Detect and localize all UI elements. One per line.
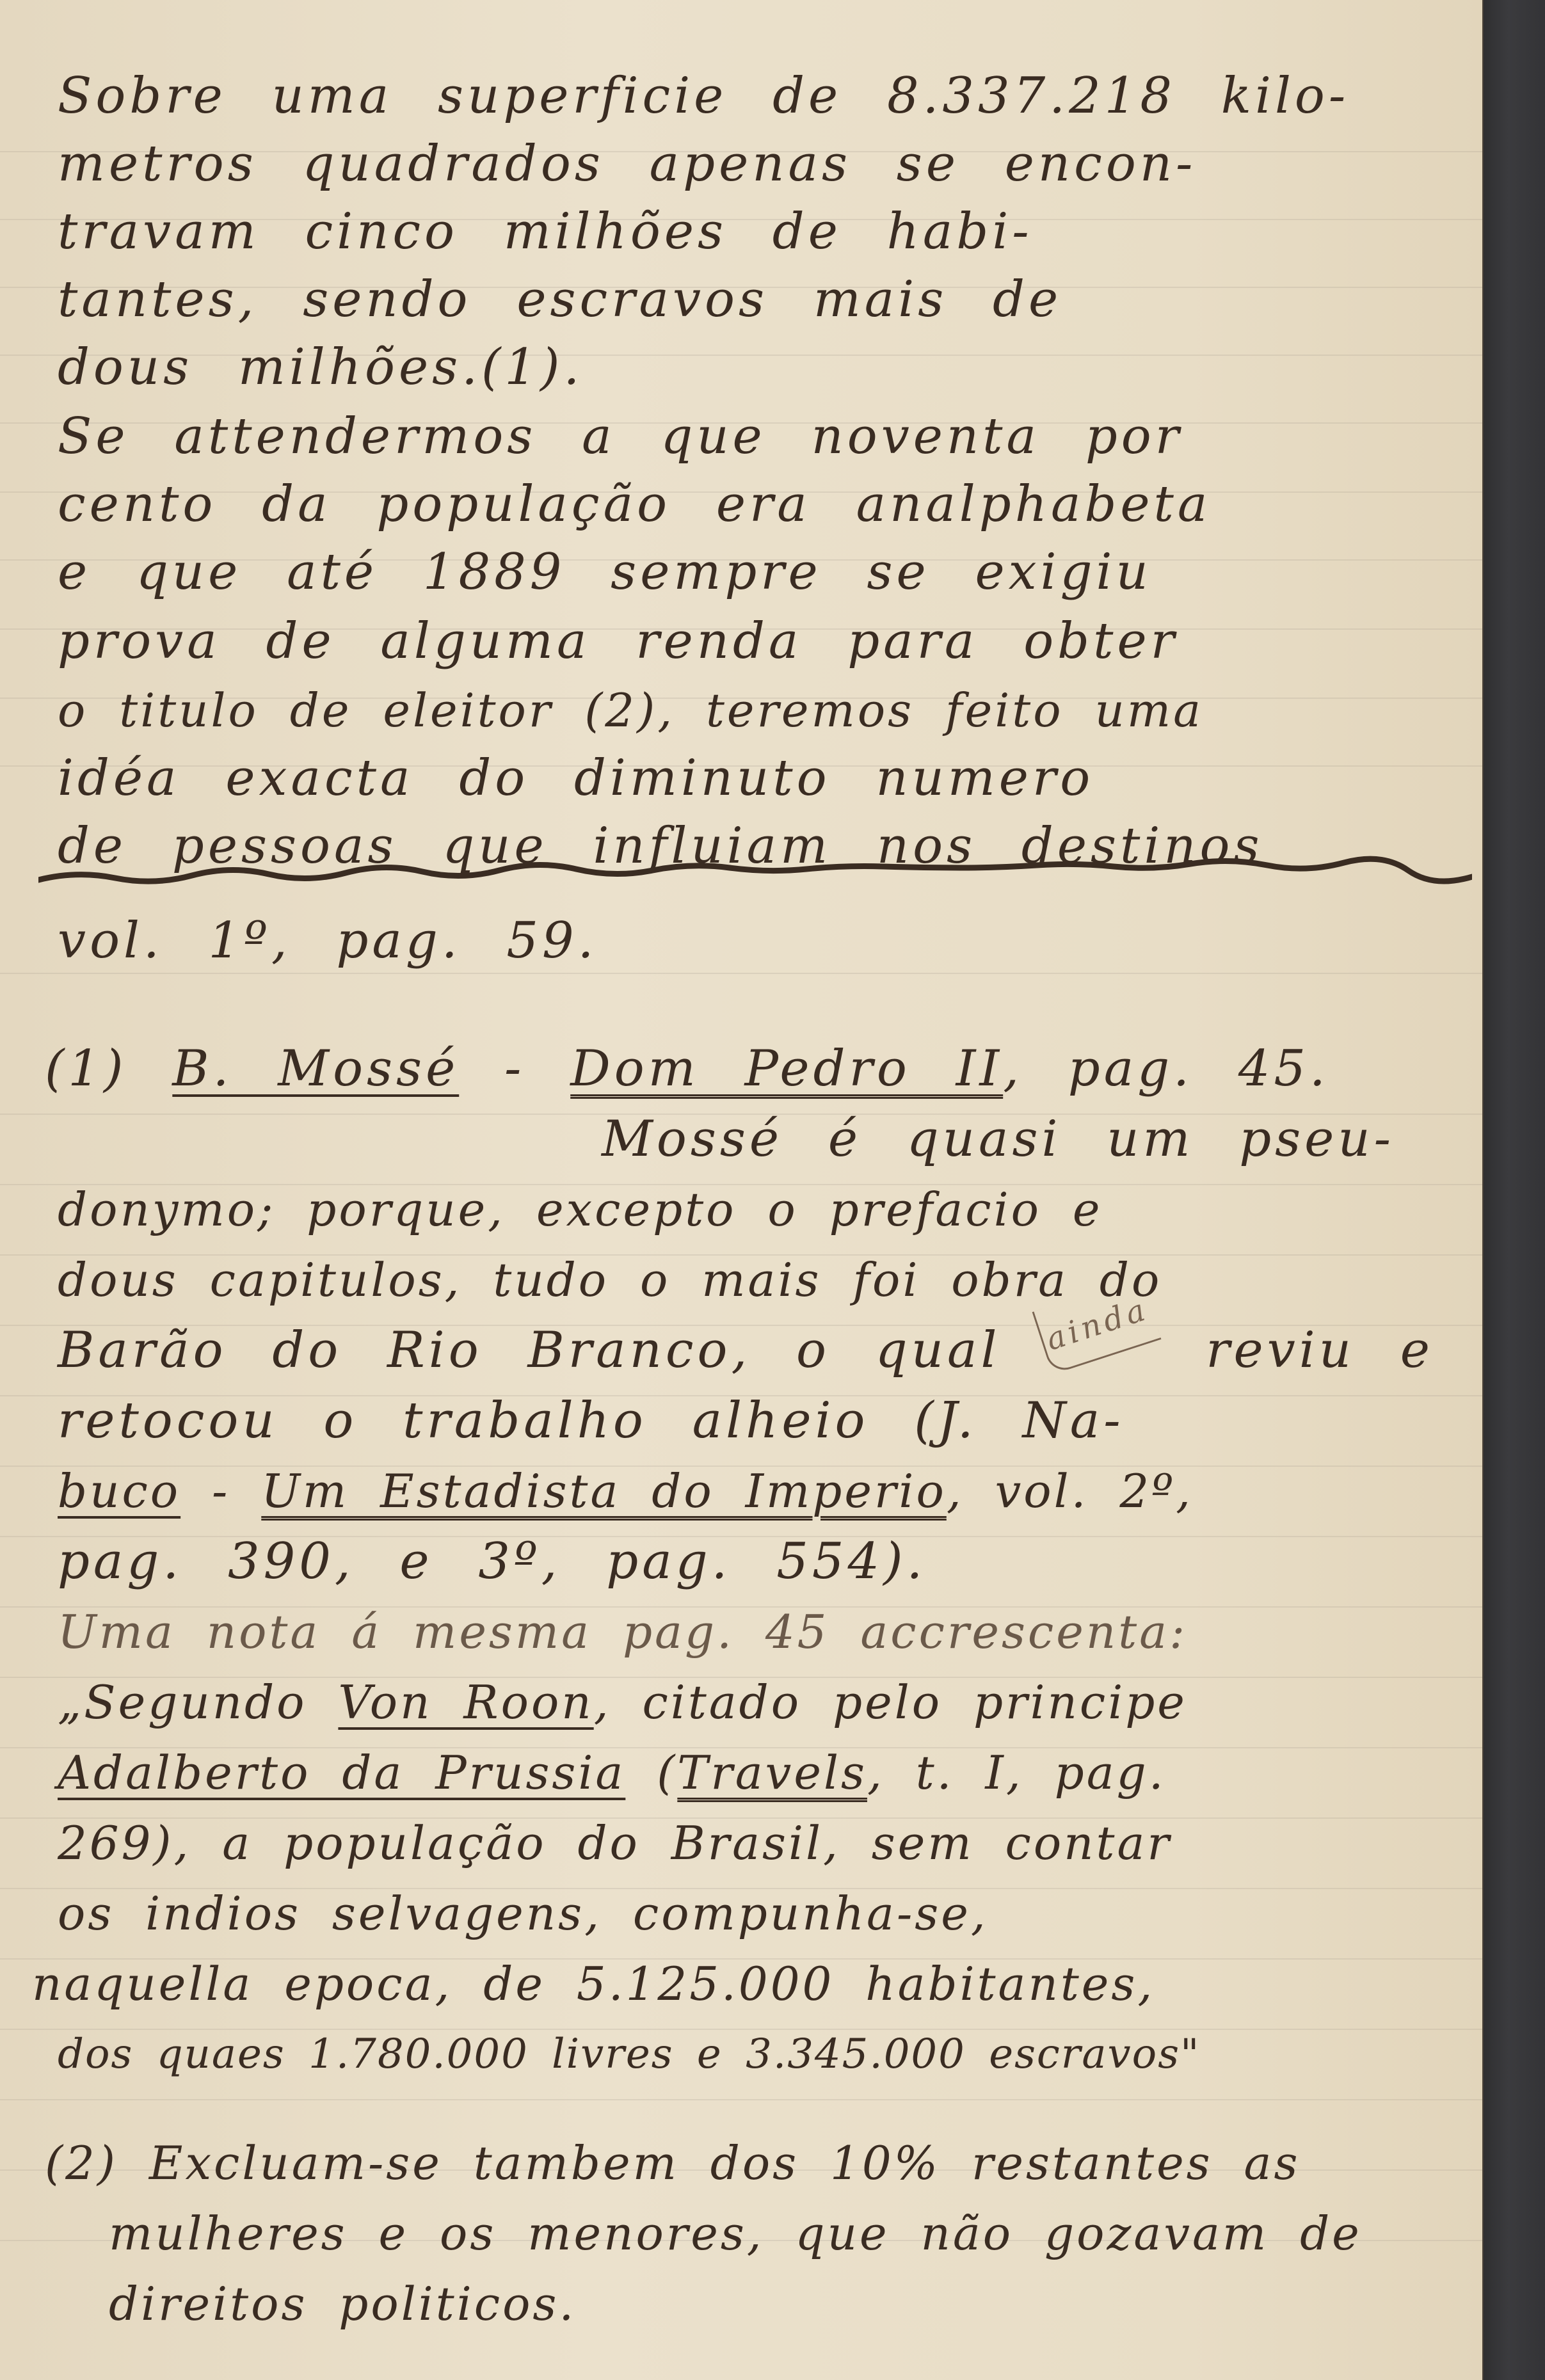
text-line: donymo; porque, excepto o prefacio e bbox=[58, 1178, 1466, 1242]
text-line: travam cinco milhões de habi- bbox=[58, 200, 1466, 264]
text-line: dous capitulos, tudo o mais foi obra do bbox=[58, 1248, 1466, 1312]
text-line: naquella epoca, de 5.125.000 habitantes, bbox=[32, 1952, 1440, 2016]
text-line: pag. 390, e 3º, pag. 554). bbox=[58, 1529, 1466, 1593]
text-line: metros quadrados apenas se encon- bbox=[58, 132, 1466, 196]
footnote-author: B. Mossé bbox=[172, 1040, 459, 1098]
footnote-book-title: Dom Pedro II bbox=[570, 1040, 1003, 1098]
text-line: os indios selvagens, compunha-se, bbox=[58, 1881, 1466, 1945]
ruled-line bbox=[0, 2099, 1482, 2100]
text-line: Uma nota á mesma pag. 45 accrescenta: bbox=[58, 1600, 1466, 1664]
text-line: prova de alguma renda para obter bbox=[58, 609, 1466, 673]
text-line: Sobre uma superficie de 8.337.218 kilo- bbox=[58, 64, 1466, 128]
cited-work-title: Travels bbox=[677, 1746, 867, 1800]
text-line: cento da população era analphabeta bbox=[58, 472, 1466, 536]
ruled-line bbox=[0, 973, 1482, 974]
text-line: Barão do Rio Branco, o qual bbox=[58, 1322, 1000, 1379]
text-line: Se attendermos a que noventa por bbox=[58, 404, 1466, 468]
text-line: dous milhões.(1). bbox=[58, 335, 1466, 399]
book-title: Um Estadista do Imperio bbox=[261, 1464, 947, 1518]
text-line: e que até 1889 sempre se exigiu bbox=[58, 540, 1466, 604]
text-line: 269), a população do Brasil, sem contar bbox=[58, 1811, 1466, 1875]
paren-open: ( bbox=[657, 1746, 677, 1800]
author-fragment: buco bbox=[58, 1464, 180, 1518]
quote-start: „Segundo bbox=[58, 1675, 307, 1729]
source-note: vol. 1º, pag. 59. bbox=[58, 909, 1466, 973]
text-line: direitos politicos. bbox=[109, 2272, 1517, 2336]
separator: - bbox=[459, 1040, 570, 1098]
manuscript-page: Sobre uma superficie de 8.337.218 kilo- … bbox=[0, 0, 1482, 2380]
text-fragment: , citado pelo principe bbox=[594, 1675, 1187, 1729]
text-line-end: , vol. 2º, bbox=[947, 1464, 1193, 1518]
footnote-marker: (2) bbox=[45, 2136, 118, 2190]
text-line: idéa exacta do diminuto numero bbox=[58, 746, 1466, 810]
wavy-separator-rule bbox=[38, 851, 1472, 890]
footnote-marker: (1) bbox=[45, 1040, 127, 1098]
cited-author: Von Roon bbox=[338, 1675, 593, 1729]
text-line: Excluam-se tambem dos 10% restantes as bbox=[149, 2136, 1301, 2190]
text-line: retocou o trabalho alheio (J. Na- bbox=[58, 1389, 1466, 1453]
text-fragment: , t. I, pag. bbox=[867, 1746, 1166, 1800]
cited-person: Adalberto da Prussia bbox=[58, 1746, 625, 1800]
text-line: tantes, sendo escravos mais de bbox=[58, 268, 1466, 331]
text-line: o titulo de eleitor (2), teremos feito u… bbox=[58, 678, 1466, 742]
book-binding-edge bbox=[1482, 0, 1545, 2380]
footnote-page-ref: , pag. 45. bbox=[1003, 1040, 1329, 1098]
text-line: dos quaes 1.780.000 livres e 3.345.000 e… bbox=[58, 2022, 1466, 2086]
text-line: mulheres e os menores, que não gozavam d… bbox=[109, 2201, 1517, 2265]
separator: - bbox=[180, 1464, 261, 1518]
text-line: Mossé é quasi um pseu- bbox=[602, 1107, 1545, 1171]
text-line-end: reviu e bbox=[1206, 1322, 1434, 1379]
